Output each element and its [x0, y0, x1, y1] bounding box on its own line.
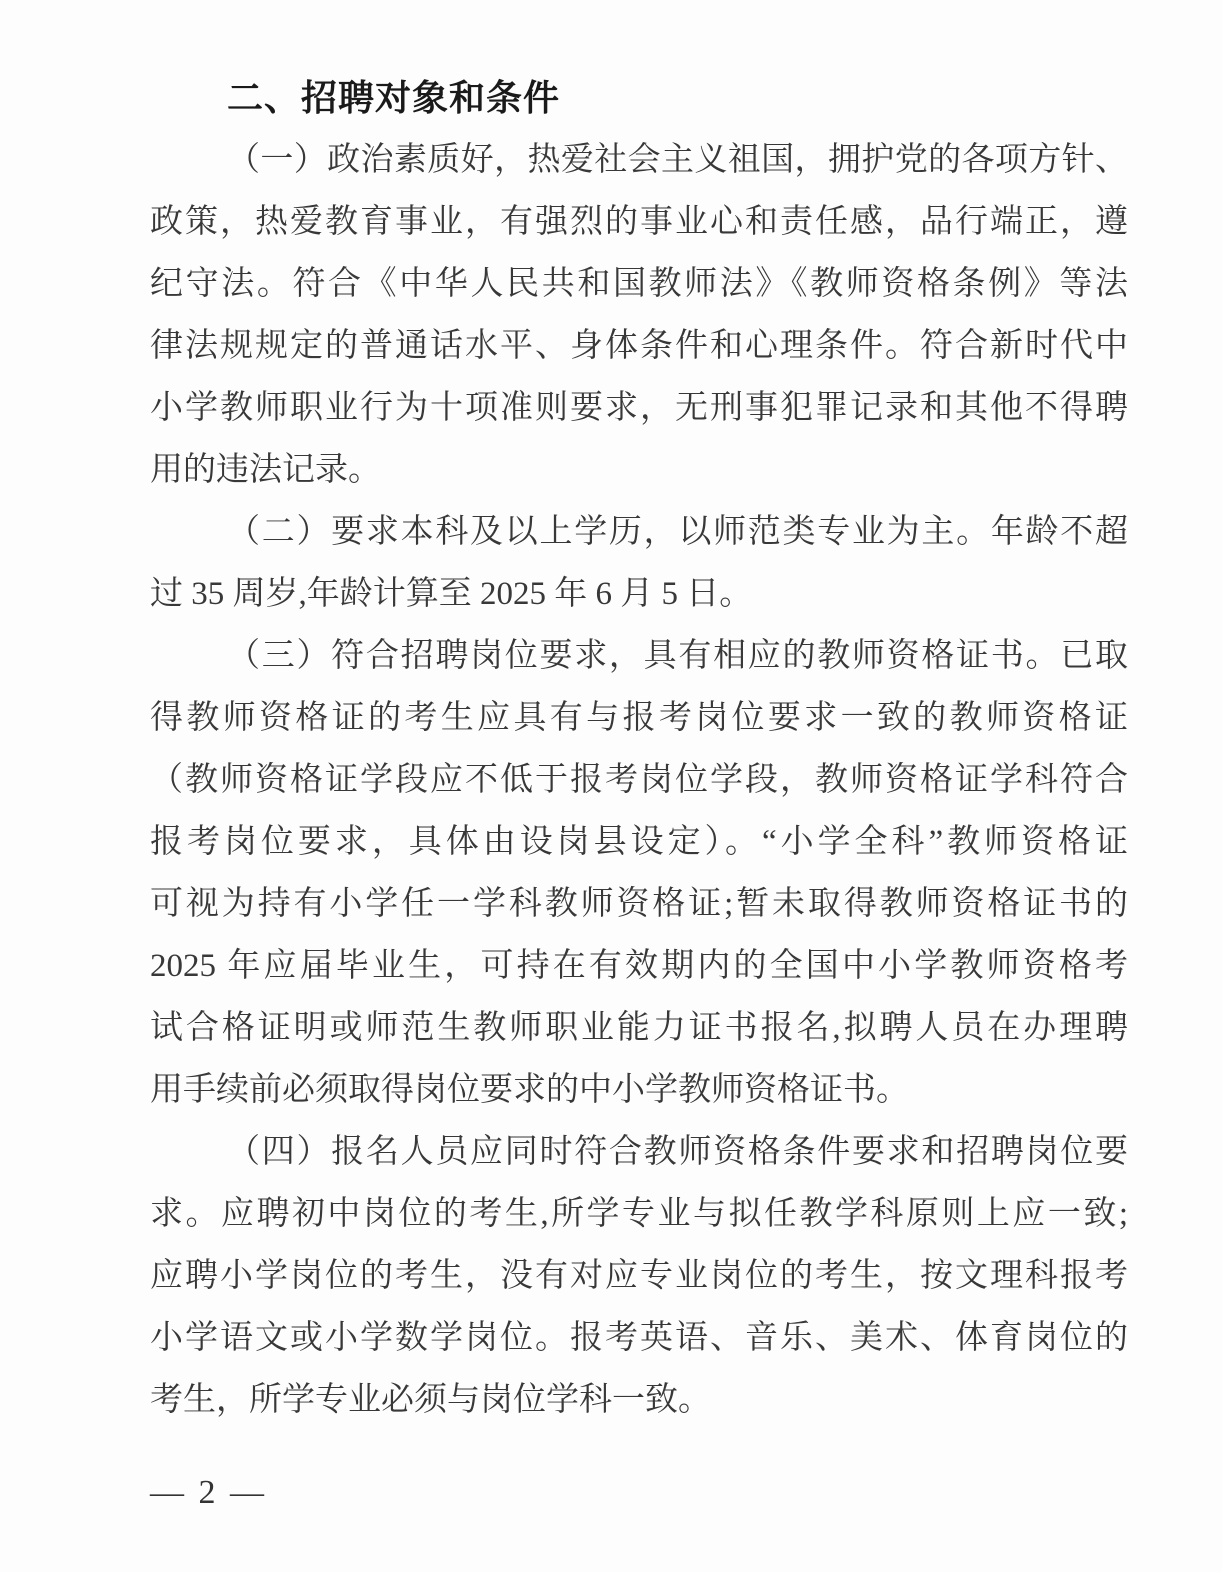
paragraphs-container: （一）政治素质好，热爱社会主义祖国，拥护党的各项方针、政策，热爱教育事业，有强烈…: [150, 129, 1128, 1431]
text-line: 用手续前必须取得岗位要求的中小学教师资格证书。: [150, 1059, 1128, 1121]
text-line: 过 35 周岁,年龄计算至 2025 年 6 月 5 日。: [150, 563, 1128, 625]
text-line: 应聘小学岗位的考生，没有对应专业岗位的考生，按文理科报考: [150, 1245, 1128, 1307]
paragraph: （二）要求本科及以上学历，以师范类专业为主。年龄不超过 35 周岁,年龄计算至 …: [150, 501, 1128, 625]
text-line: 得教师资格证的考生应具有与报考岗位要求一致的教师资格证: [150, 687, 1128, 749]
page-number: — 2 —: [150, 1462, 267, 1524]
text-line: （四）报名人员应同时符合教师资格条件要求和招聘岗位要: [150, 1121, 1128, 1183]
text-line: 纪守法。符合《中华人民共和国教师法》《教师资格条例》等法: [150, 253, 1128, 315]
document-body: 二、招聘对象和条件 （一）政治素质好，热爱社会主义祖国，拥护党的各项方针、政策，…: [150, 67, 1128, 1431]
text-line: （二）要求本科及以上学历，以师范类专业为主。年龄不超: [150, 501, 1128, 563]
text-line: （教师资格证学段应不低于报考岗位学段，教师资格证学科符合: [150, 749, 1128, 811]
text-line: 报考岗位要求，具体由设岗县设定）。“小学全科”教师资格证: [150, 811, 1128, 873]
text-line: 可视为持有小学任一学科教师资格证;暂未取得教师资格证书的: [150, 873, 1128, 935]
document-page: 二、招聘对象和条件 （一）政治素质好，热爱社会主义祖国，拥护党的各项方针、政策，…: [0, 0, 1222, 1572]
section-heading: 二、招聘对象和条件: [150, 67, 1128, 129]
text-line: 试合格证明或师范生教师职业能力证书报名,拟聘人员在办理聘: [150, 997, 1128, 1059]
text-line: 律法规规定的普通话水平、身体条件和心理条件。符合新时代中: [150, 315, 1128, 377]
text-line: （一）政治素质好，热爱社会主义祖国，拥护党的各项方针、: [150, 129, 1128, 191]
paragraph: （三）符合招聘岗位要求，具有相应的教师资格证书。已取得教师资格证的考生应具有与报…: [150, 625, 1128, 1121]
paragraph: （四）报名人员应同时符合教师资格条件要求和招聘岗位要求。应聘初中岗位的考生,所学…: [150, 1121, 1128, 1431]
text-line: （三）符合招聘岗位要求，具有相应的教师资格证书。已取: [150, 625, 1128, 687]
text-line: 用的违法记录。: [150, 439, 1128, 501]
text-line: 考生，所学专业必须与岗位学科一致。: [150, 1369, 1128, 1431]
paragraph: （一）政治素质好，热爱社会主义祖国，拥护党的各项方针、政策，热爱教育事业，有强烈…: [150, 129, 1128, 501]
text-line: 求。应聘初中岗位的考生,所学专业与拟任教学科原则上应一致;: [150, 1183, 1128, 1245]
text-line: 政策，热爱教育事业，有强烈的事业心和责任感，品行端正，遵: [150, 191, 1128, 253]
text-line: 小学教师职业行为十项准则要求，无刑事犯罪记录和其他不得聘: [150, 377, 1128, 439]
text-line: 小学语文或小学数学岗位。报考英语、音乐、美术、体育岗位的: [150, 1307, 1128, 1369]
text-line: 2025 年应届毕业生，可持在有效期内的全国中小学教师资格考: [150, 935, 1128, 997]
